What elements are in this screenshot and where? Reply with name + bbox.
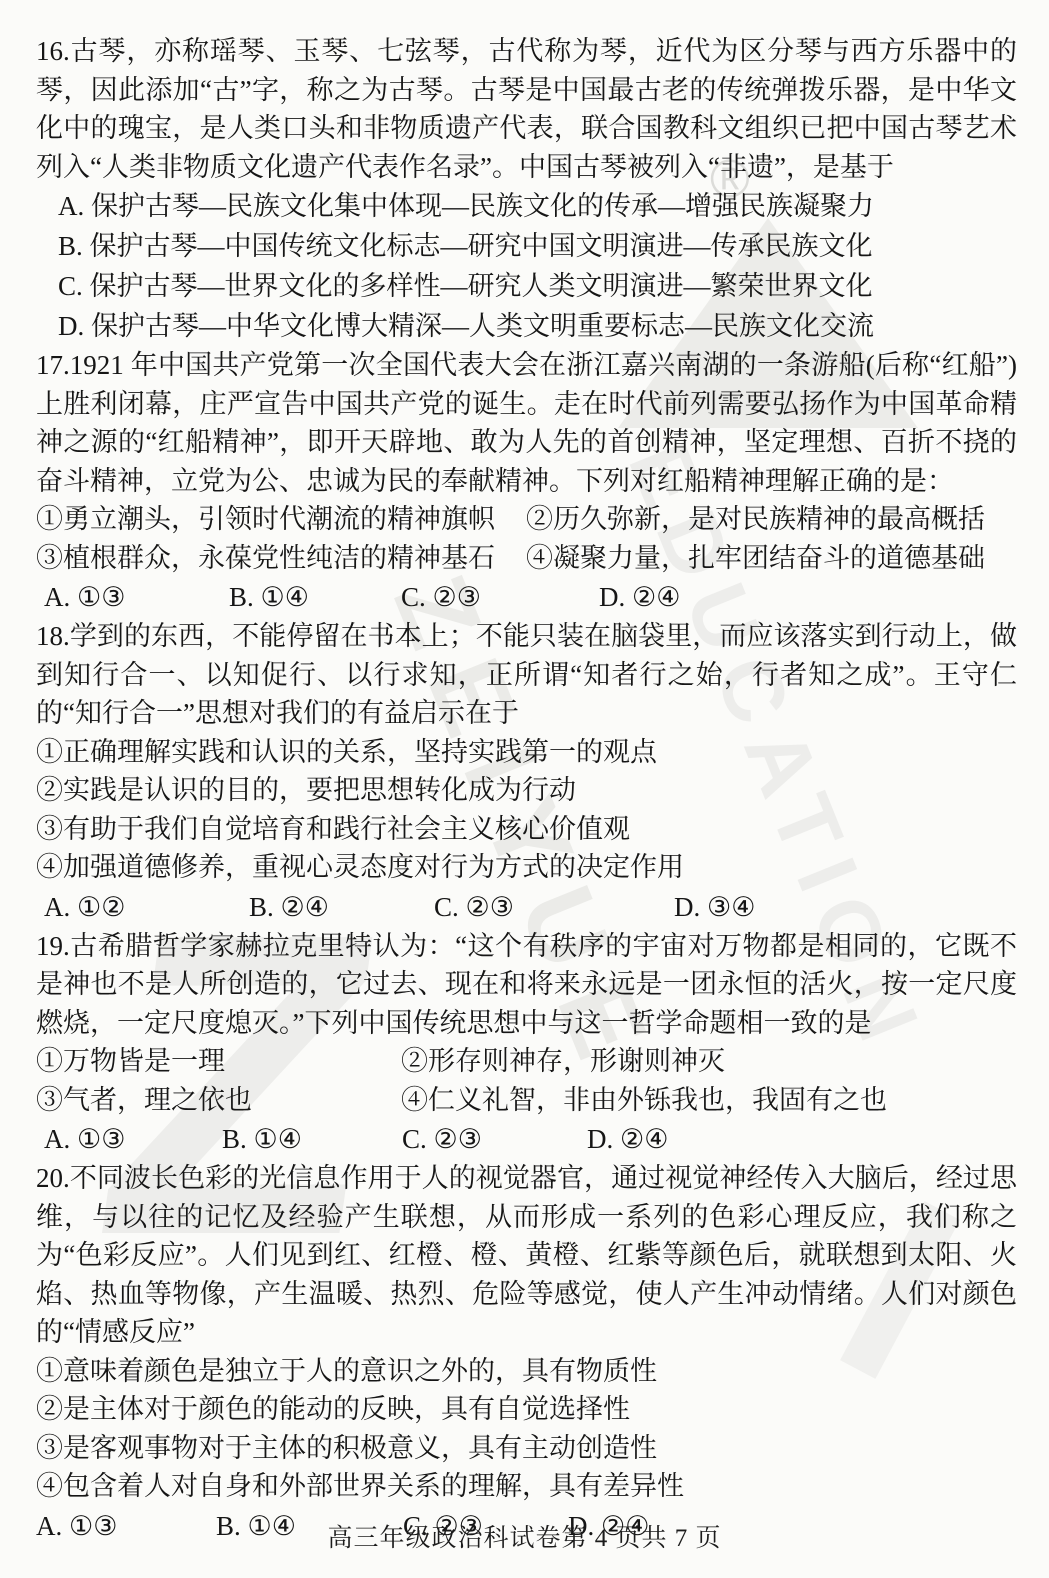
question-19-statement-2: ②形存则神存，形谢则神灭 xyxy=(401,1042,1017,1081)
question-20-statement-2: ②是主体对于颜色的能动的反映，具有自觉选择性 xyxy=(36,1390,1017,1429)
question-20-statement-3: ③是客观事物对于主体的积极意义，具有主动创造性 xyxy=(36,1429,1017,1468)
question-19-choices: A. ①③ B. ①④ C. ②③ D. ②④ xyxy=(36,1119,1017,1159)
question-17: 17.1921 年中国共产党第一次全国代表大会在浙江嘉兴南湖的一条游船(后称“红… xyxy=(36,346,1017,617)
question-19-statement-4: ④仁义礼智，非由外铄我也，我固有之也 xyxy=(401,1081,1017,1120)
question-17-statements-row-2: ③植根群众，永葆党性纯洁的精神基石 ④凝聚力量，扎牢团结奋斗的道德基础 xyxy=(36,539,1017,578)
page-footer: 高三年级政治科试卷第 4 页共 7 页 xyxy=(0,1518,1049,1554)
question-18-choice-d: D. ③④ xyxy=(674,887,1017,927)
question-17-statements-row-1: ①勇立潮头，引领时代潮流的精神旗帜 ②历久弥新，是对民族精神的最高概括 xyxy=(36,500,1017,539)
question-16-stem: 16.古琴，亦称瑶琴、玉琴、七弦琴，古代称为琴，近代为区分琴与西方乐器中的琴，因… xyxy=(36,32,1017,186)
question-18-statement-3: ③有助于我们自觉培育和践行社会主义核心价值观 xyxy=(36,810,1017,849)
question-19-statements-row-2: ③气者，理之依也 ④仁义礼智，非由外铄我也，我固有之也 xyxy=(36,1081,1017,1120)
question-18-choice-c: C. ②③ xyxy=(434,887,674,927)
question-19-stem: 19.古希腊哲学家赫拉克里特认为：“这个有秩序的宇宙对万物都是相同的，它既不是神… xyxy=(36,927,1017,1043)
question-17-statement-3: ③植根群众，永葆党性纯洁的精神基石 xyxy=(36,539,526,578)
question-17-choice-c: C. ②③ xyxy=(401,577,599,617)
question-20-stem: 20.不同波长色彩的光信息作用于人的视觉器官，通过视觉神经传入大脑后，经过思维，… xyxy=(36,1159,1017,1352)
question-20-statement-1: ①意味着颜色是独立于人的意识之外的，具有物质性 xyxy=(36,1352,1017,1391)
question-17-choices: A. ①③ B. ①④ C. ②③ D. ②④ xyxy=(36,577,1017,617)
question-17-choice-d: D. ②④ xyxy=(599,577,1017,617)
question-19: 19.古希腊哲学家赫拉克里特认为：“这个有秩序的宇宙对万物都是相同的，它既不是神… xyxy=(36,927,1017,1160)
question-20: 20.不同波长色彩的光信息作用于人的视觉器官，通过视觉神经传入大脑后，经过思维，… xyxy=(36,1159,1017,1546)
question-19-statement-1: ①万物皆是一理 xyxy=(36,1042,401,1081)
question-16: 16.古琴，亦称瑶琴、玉琴、七弦琴，古代称为琴，近代为区分琴与西方乐器中的琴，因… xyxy=(36,32,1017,346)
question-18-statement-2: ②实践是认识的目的，要把思想转化成为行动 xyxy=(36,771,1017,810)
question-17-choice-a: A. ①③ xyxy=(44,577,229,617)
question-19-choice-d: D. ②④ xyxy=(587,1119,1017,1159)
question-17-statement-2: ②历久弥新，是对民族精神的最高概括 xyxy=(526,500,1017,539)
question-19-statement-3: ③气者，理之依也 xyxy=(36,1081,401,1120)
question-16-option-c: C. 保护古琴—世界文化的多样性—研究人类文明演进—繁荣世界文化 xyxy=(36,266,1017,306)
question-18-choice-b: B. ②④ xyxy=(249,887,434,927)
question-19-choice-b: B. ①④ xyxy=(222,1119,402,1159)
question-18: 18.学到的东西，不能停留在书本上；不能只装在脑袋里，而应该落实到行动上，做到知… xyxy=(36,617,1017,927)
exam-page: 16.古琴，亦称瑶琴、玉琴、七弦琴，古代称为琴，近代为区分琴与西方乐器中的琴，因… xyxy=(0,0,1049,1546)
question-17-stem: 17.1921 年中国共产党第一次全国代表大会在浙江嘉兴南湖的一条游船(后称“红… xyxy=(36,346,1017,500)
question-18-choice-a: A. ①② xyxy=(44,887,249,927)
question-19-choice-c: C. ②③ xyxy=(402,1119,587,1159)
question-20-statement-4: ④包含着人对自身和外部世界关系的理解，具有差异性 xyxy=(36,1467,1017,1506)
question-17-choice-b: B. ①④ xyxy=(229,577,401,617)
question-16-option-b: B. 保护古琴—中国传统文化标志—研究中国文明演进—传承民族文化 xyxy=(36,226,1017,266)
question-17-statement-1: ①勇立潮头，引领时代潮流的精神旗帜 xyxy=(36,500,526,539)
question-19-choice-a: A. ①③ xyxy=(44,1119,222,1159)
question-18-statement-4: ④加强道德修养，重视心灵态度对行为方式的决定作用 xyxy=(36,848,1017,887)
question-19-statements-row-1: ①万物皆是一理 ②形存则神存，形谢则神灭 xyxy=(36,1042,1017,1081)
question-18-statement-1: ①正确理解实践和认识的关系，坚持实践第一的观点 xyxy=(36,733,1017,772)
question-17-statement-4: ④凝聚力量，扎牢团结奋斗的道德基础 xyxy=(526,539,1017,578)
question-16-option-a: A. 保护古琴—民族文化集中体现—民族文化的传承—增强民族凝聚力 xyxy=(36,186,1017,226)
question-18-choices: A. ①② B. ②④ C. ②③ D. ③④ xyxy=(36,887,1017,927)
question-18-stem: 18.学到的东西，不能停留在书本上；不能只装在脑袋里，而应该落实到行动上，做到知… xyxy=(36,617,1017,733)
question-16-option-d: D. 保护古琴—中华文化博大精深—人类文明重要标志—民族文化交流 xyxy=(36,306,1017,346)
